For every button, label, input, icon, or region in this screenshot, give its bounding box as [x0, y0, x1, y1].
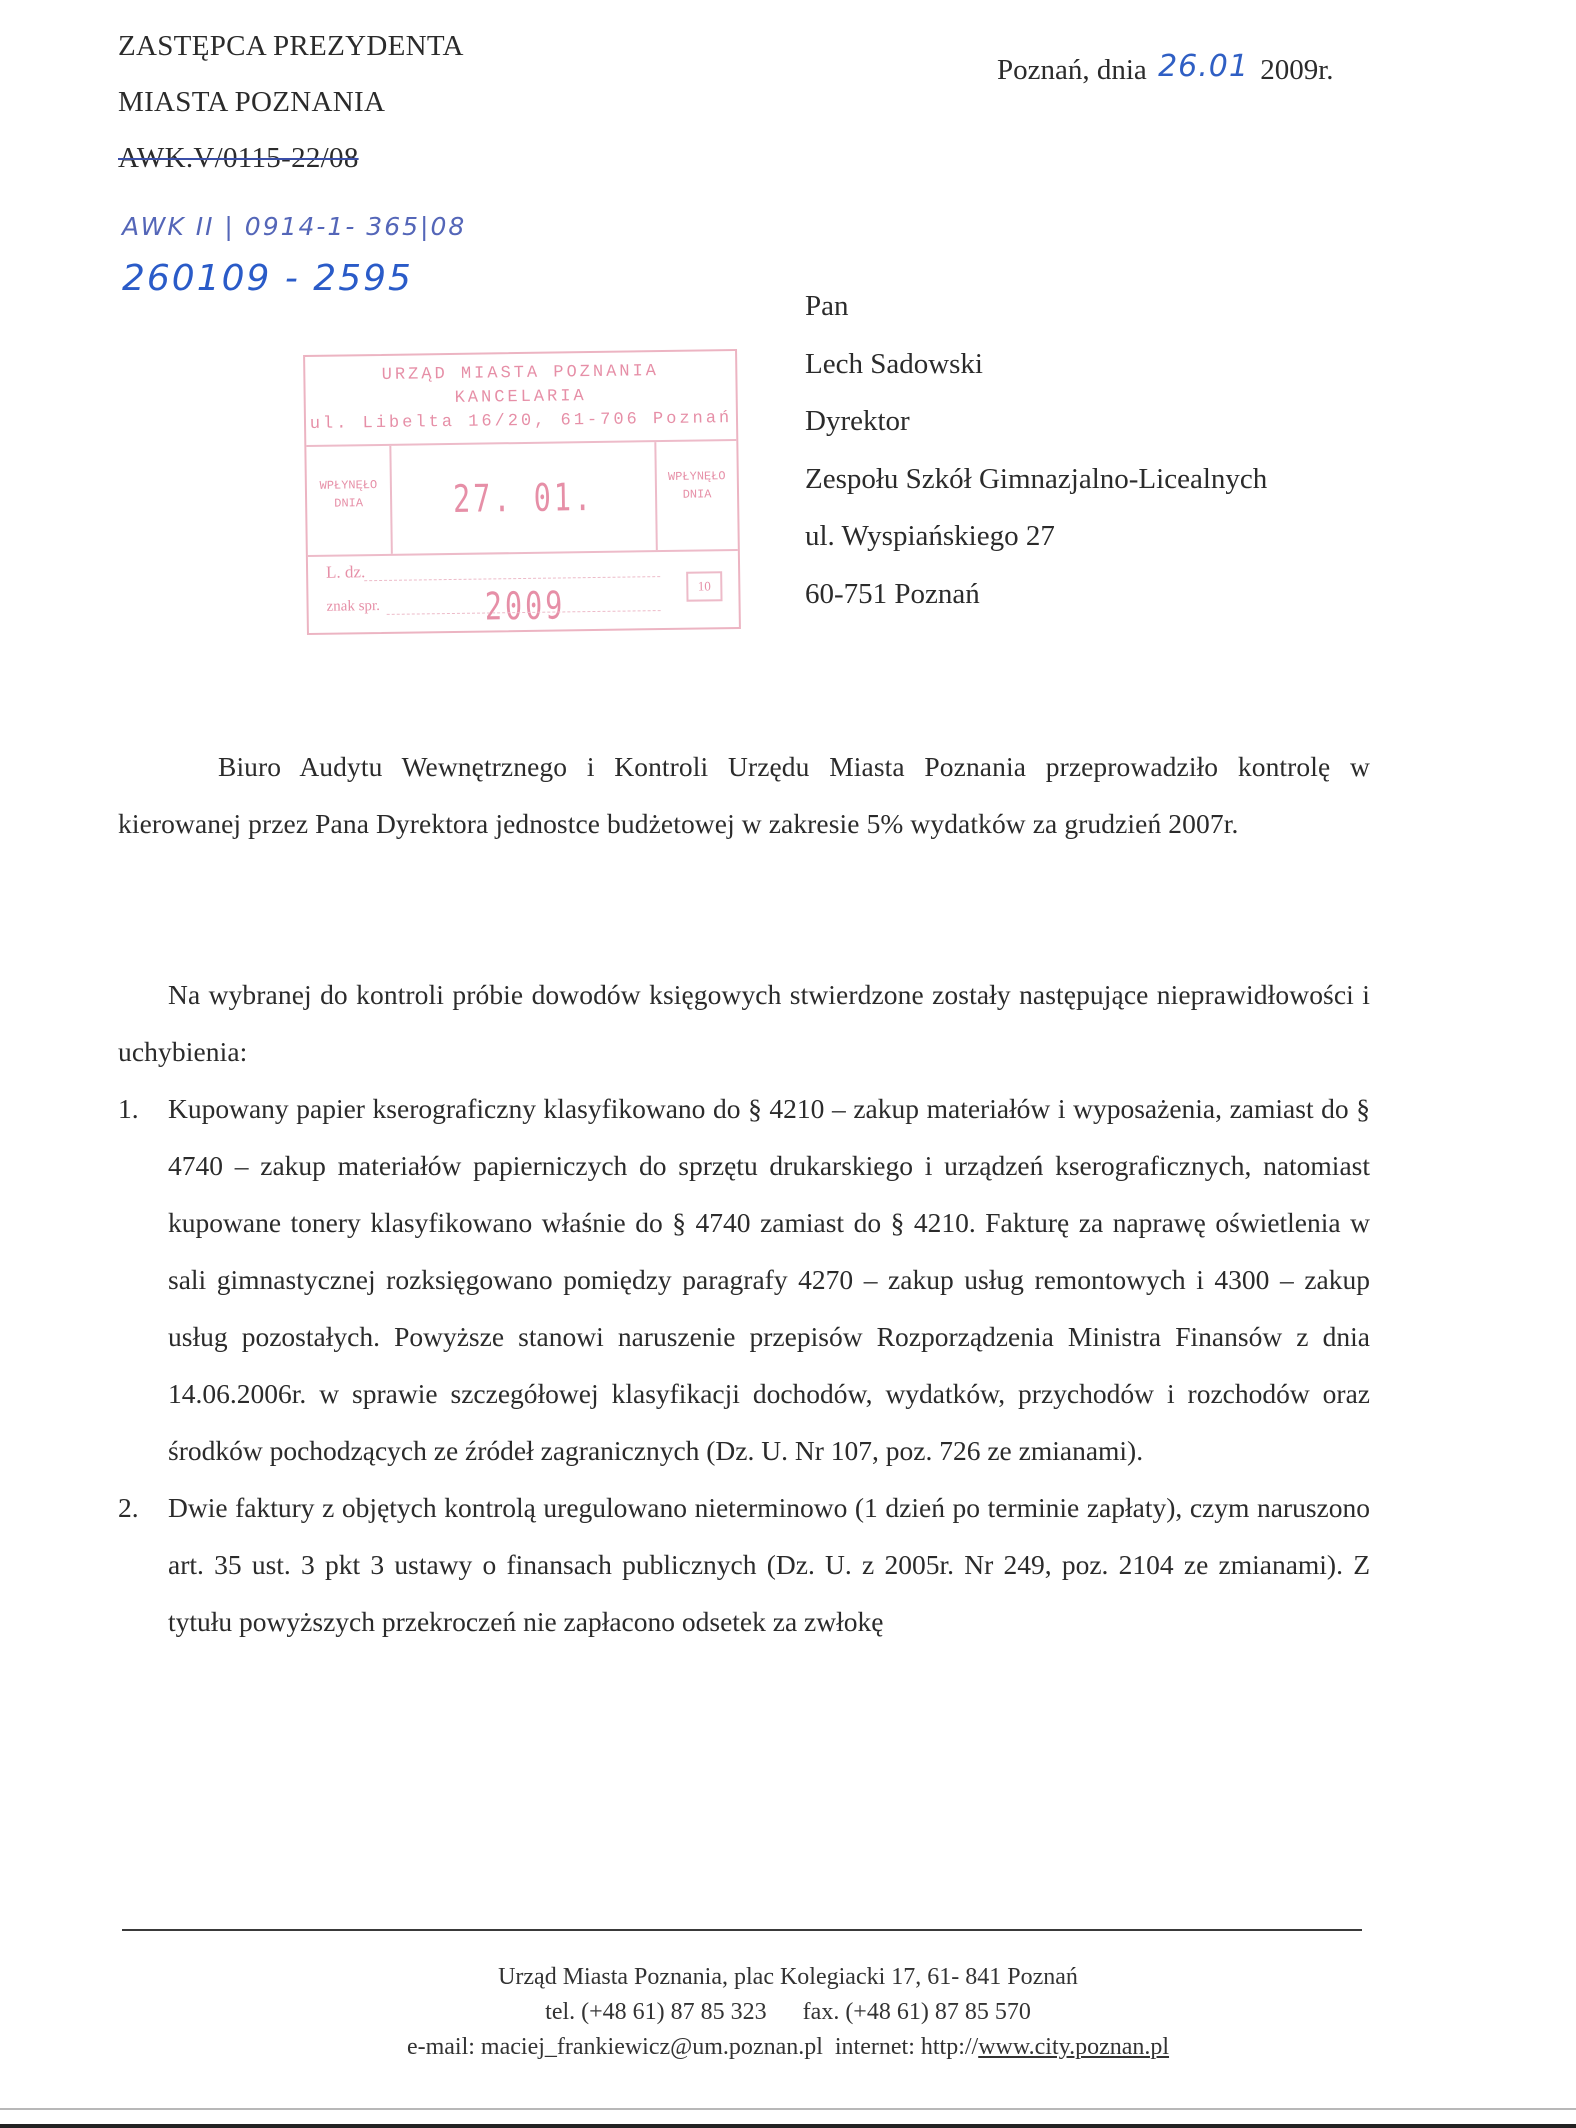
struck-reference-number: AWK.V/0115-22/08 [118, 130, 464, 186]
stamp-box-value: 10 [686, 571, 722, 601]
received-stamp: URZĄD MIASTA POZNANIA KANCELARIA ul. Lib… [303, 349, 741, 635]
handwritten-registry-number: 260109 - 2595 [122, 258, 413, 299]
recipient-city: 60-751 Poznań [805, 566, 1267, 624]
recipient-address: Pan Lech Sadowski Dyrektor Zespołu Szkół… [805, 278, 1267, 623]
footer: Urząd Miasta Poznania, plac Kolegiacki 1… [0, 1960, 1576, 2065]
stamp-znak-label: znak spr. [326, 598, 380, 616]
sender-title-line1: ZASTĘPCA PREZYDENTA [118, 18, 464, 74]
stamp-left-label: WPŁYNĘŁO DNIA [306, 446, 392, 555]
footer-divider [122, 1929, 1362, 1931]
finding-item: 1. Kupowany papier kserograficzny klasyf… [118, 1080, 1370, 1479]
scan-edge [0, 2124, 1576, 2128]
recipient-institution: Zespołu Szkół Gimnazjalno-Licealnych [805, 451, 1267, 509]
footer-address: Urząd Miasta Poznania, plac Kolegiacki 1… [0, 1960, 1576, 1995]
footer-contact-line: e-mail: maciej_frankiewicz@um.poznan.pl … [0, 2030, 1576, 2065]
scan-artifact-line [0, 2108, 1576, 2110]
finding-number: 1. [118, 1080, 139, 1137]
finding-text: Dwie faktury z objętych kontrolą uregulo… [168, 1492, 1370, 1637]
footer-internet-label: internet: http:// [835, 2034, 978, 2060]
stamp-header: URZĄD MIASTA POZNANIA KANCELARIA ul. Lib… [305, 351, 736, 447]
footer-email[interactable]: e-mail: maciej_frankiewicz@um.poznan.pl [407, 2034, 823, 2060]
footer-tel: tel. (+48 61) 87 85 323 [545, 1999, 767, 2025]
date-prefix: Poznań, dnia [997, 54, 1147, 86]
handwritten-reference: AWK II | 0914-1- 365|08 [122, 212, 466, 241]
findings-list: 1. Kupowany papier kserograficzny klasyf… [118, 1080, 1370, 1650]
finding-number: 2. [118, 1479, 139, 1536]
date-suffix: 2009r. [1260, 54, 1333, 86]
finding-item: 2. Dwie faktury z objętych kontrolą ureg… [118, 1479, 1370, 1650]
stamp-date: 27. 01. 2009 [426, 443, 622, 554]
stamp-date-row: WPŁYNĘŁO DNIA 27. 01. 2009 WPŁYNĘŁO DNIA [306, 441, 737, 557]
footer-fax: fax. (+48 61) 87 85 570 [803, 1999, 1031, 2025]
sender-title-line2: MIASTA POZNANIA [118, 74, 464, 130]
body-paragraph-findings-lead: Na wybranej do kontroli próbie dowodów k… [118, 966, 1370, 1080]
stamp-title-line3: ul. Libelta 16/20, 61-706 Poznań [306, 407, 736, 437]
recipient-name: Lech Sadowski [805, 336, 1267, 394]
date-handwritten: 26.01 [1158, 49, 1249, 84]
recipient-position: Dyrektor [805, 393, 1267, 451]
finding-text: Kupowany papier kserograficzny klasyfiko… [168, 1093, 1370, 1466]
footer-phone-line: tel. (+48 61) 87 85 323fax. (+48 61) 87 … [0, 1995, 1576, 2030]
stamp-ldz-label: L. dz. [326, 562, 365, 583]
recipient-street: ul. Wyspiańskiego 27 [805, 508, 1267, 566]
recipient-salutation: Pan [805, 278, 1267, 336]
date-line: Poznań, dnia 26.01 2009r. [997, 52, 1334, 87]
body-paragraph-intro: Biuro Audytu Wewnętrznego i Kontroli Urz… [118, 738, 1370, 852]
footer-website-link[interactable]: www.city.poznan.pl [978, 2034, 1169, 2060]
sender-block: ZASTĘPCA PREZYDENTA MIASTA POZNANIA AWK.… [118, 18, 464, 186]
stamp-right-label: WPŁYNĘŁO DNIA [654, 441, 737, 550]
